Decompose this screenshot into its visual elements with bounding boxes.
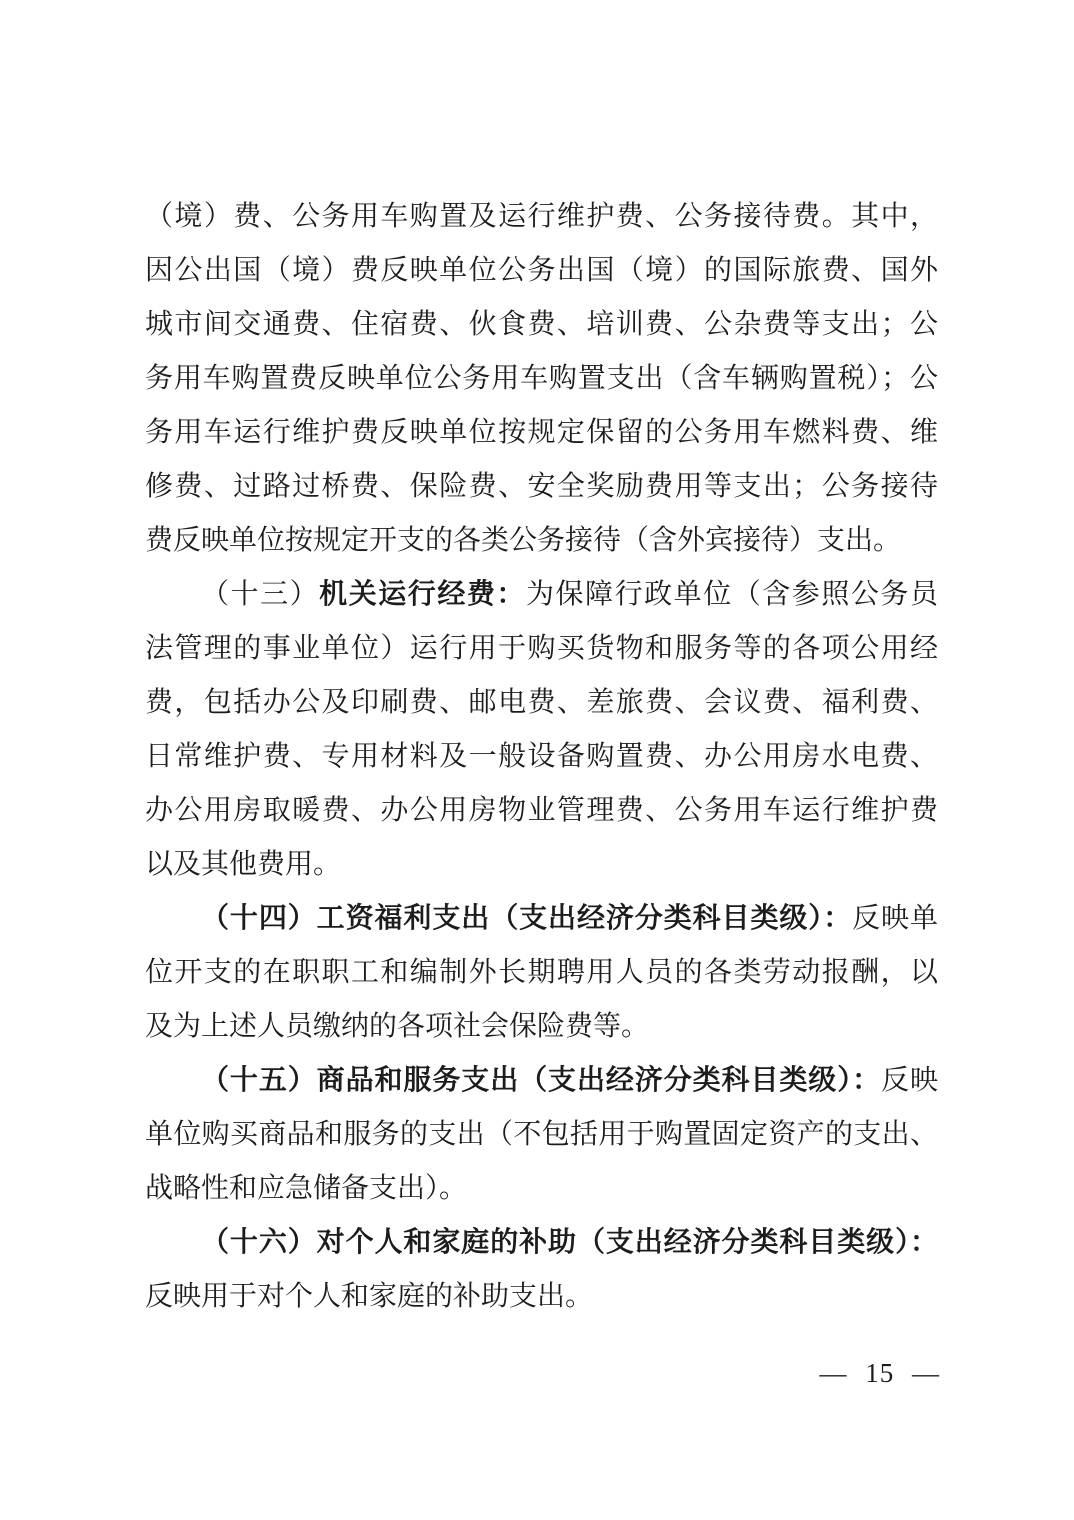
text-line: 费，包括办公及印刷费、邮电费、差旅费、会议费、福利费、	[145, 676, 938, 730]
line-text: 反映	[881, 1065, 938, 1096]
section-13-heading-line: （十三）机关运行经费：为保障行政单位（含参照公务员	[145, 568, 938, 622]
line-text: 反映单	[852, 903, 938, 934]
text-line: 反映用于对个人和家庭的补助支出。	[145, 1270, 938, 1324]
document-page: （境）费、公务用车购置及运行维护费、公务接待费。其中， 因公出国（境）费反映单位…	[0, 0, 1074, 1520]
text-line: 办公用房取暖费、办公用房物业管理费、公务用车运行维护费	[145, 784, 938, 838]
section-16-heading-line: （十六）对个人和家庭的补助（支出经济分类科目类级）：	[145, 1216, 938, 1270]
section-heading: （十四）工资福利支出（支出经济分类科目类级）：	[201, 903, 852, 934]
document-body: （境）费、公务用车购置及运行维护费、公务接待费。其中， 因公出国（境）费反映单位…	[145, 190, 938, 1324]
text-line: 单位购买商品和服务的支出（不包括用于购置固定资产的支出、	[145, 1108, 938, 1162]
section-number: （十三）	[201, 579, 319, 610]
text-line: 务用车购置费反映单位公务用车购置支出（含车辆购置税）；公	[145, 352, 938, 406]
section-heading: （十六）对个人和家庭的补助（支出经济分类科目类级）：	[201, 1227, 938, 1258]
section-heading: （十五）商品和服务支出（支出经济分类科目类级）：	[201, 1065, 881, 1096]
text-line: 战略性和应急储备支出）。	[145, 1162, 938, 1216]
text-line: 费反映单位按规定开支的各类公务接待（含外宾接待）支出。	[145, 514, 938, 568]
text-line: 位开支的在职职工和编制外长期聘用人员的各类劳动报酬，以	[145, 946, 938, 1000]
section-15-heading-line: （十五）商品和服务支出（支出经济分类科目类级）：反映	[145, 1054, 938, 1108]
section-14-heading-line: （十四）工资福利支出（支出经济分类科目类级）：反映单	[145, 892, 938, 946]
text-line: 因公出国（境）费反映单位公务出国（境）的国际旅费、国外	[145, 244, 938, 298]
page-number: — 15 —	[820, 1358, 941, 1389]
section-heading: 机关运行经费：	[319, 579, 526, 610]
text-line: 修费、过路过桥费、保险费、安全奖励费用等支出；公务接待	[145, 460, 938, 514]
text-line: 日常维护费、专用材料及一般设备购置费、办公用房水电费、	[145, 730, 938, 784]
text-line: 及为上述人员缴纳的各项社会保险费等。	[145, 1000, 938, 1054]
text-line: （境）费、公务用车购置及运行维护费、公务接待费。其中，	[145, 190, 938, 244]
text-line: 务用车运行维护费反映单位按规定保留的公务用车燃料费、维	[145, 406, 938, 460]
text-line: 法管理的事业单位）运行用于购买货物和服务等的各项公用经	[145, 622, 938, 676]
line-text: 为保障行政单位（含参照公务员	[526, 579, 938, 610]
text-line: 以及其他费用。	[145, 838, 938, 892]
text-line: 城市间交通费、住宿费、伙食费、培训费、公杂费等支出；公	[145, 298, 938, 352]
